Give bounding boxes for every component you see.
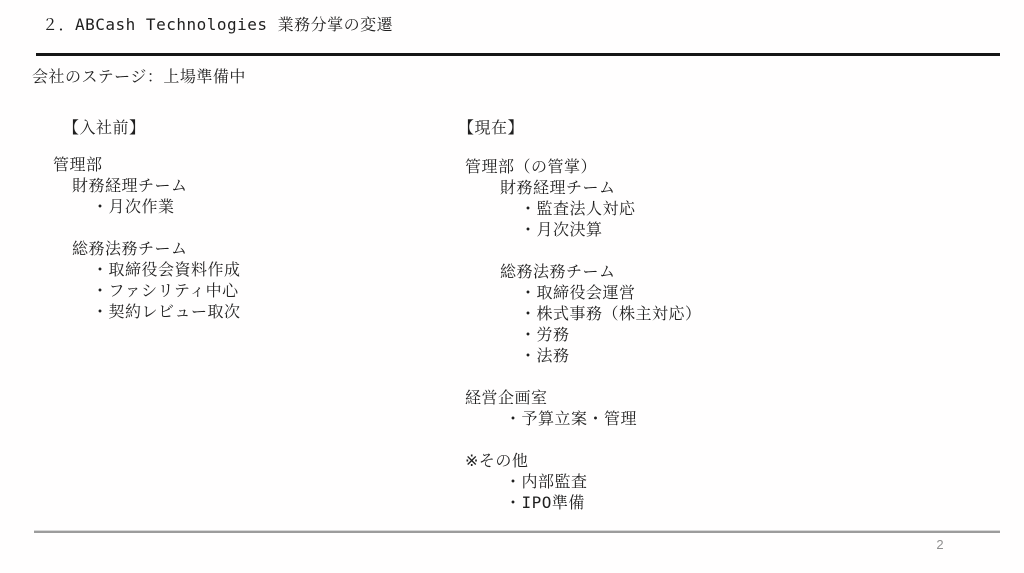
- org-duty-item: ・月次決算: [465, 219, 702, 240]
- org-department: 管理部: [53, 154, 241, 175]
- company-stage-label: 会社のステージ：上場準備中: [32, 66, 246, 88]
- blank-line: [53, 217, 241, 238]
- org-duty-item: ・契約レビュー取次: [53, 301, 241, 322]
- blank-line: [465, 366, 702, 387]
- org-duty-item: ・取締役会資料作成: [53, 259, 241, 280]
- org-duty-item: ・株式事務（株主対応）: [465, 303, 702, 324]
- org-duty-item: ・ファシリティ中心: [53, 280, 241, 301]
- column-header-before-joining: 【入社前】: [63, 117, 146, 138]
- org-duty-item: ・法務: [465, 345, 702, 366]
- org-duty-item: ・IPO準備: [465, 492, 702, 513]
- title-divider-line: [36, 53, 1000, 56]
- org-team: 総務法務チーム: [53, 238, 241, 259]
- org-team: 財務経理チーム: [465, 177, 702, 198]
- slide-page: ２．ABCash Technologies 業務分掌の変遷 会社のステージ：上場…: [0, 0, 1024, 573]
- page-title: ２．ABCash Technologies 業務分掌の変遷: [42, 14, 393, 36]
- org-duty-item: ・労務: [465, 324, 702, 345]
- blank-line: [465, 429, 702, 450]
- blank-line: [465, 240, 702, 261]
- org-duty-item: ・監査法人対応: [465, 198, 702, 219]
- org-duty-item: ・月次作業: [53, 196, 241, 217]
- footer-divider-line: [34, 530, 1000, 533]
- column-header-current: 【現在】: [458, 117, 524, 138]
- org-duty-item: ・予算立案・管理: [465, 408, 702, 429]
- org-column-before: 管理部 財務経理チーム ・月次作業 総務法務チーム ・取締役会資料作成 ・ファシ…: [53, 154, 241, 322]
- org-team: 総務法務チーム: [465, 261, 702, 282]
- org-note-group: ※その他: [465, 450, 702, 471]
- org-department: 管理部（の管掌）: [465, 156, 702, 177]
- org-duty-item: ・取締役会運営: [465, 282, 702, 303]
- org-column-current: 管理部（の管掌） 財務経理チーム ・監査法人対応 ・月次決算 総務法務チーム ・…: [465, 156, 702, 513]
- org-team: 財務経理チーム: [53, 175, 241, 196]
- page-number: 2: [928, 536, 952, 554]
- org-duty-item: ・内部監査: [465, 471, 702, 492]
- org-department: 経営企画室: [465, 387, 702, 408]
